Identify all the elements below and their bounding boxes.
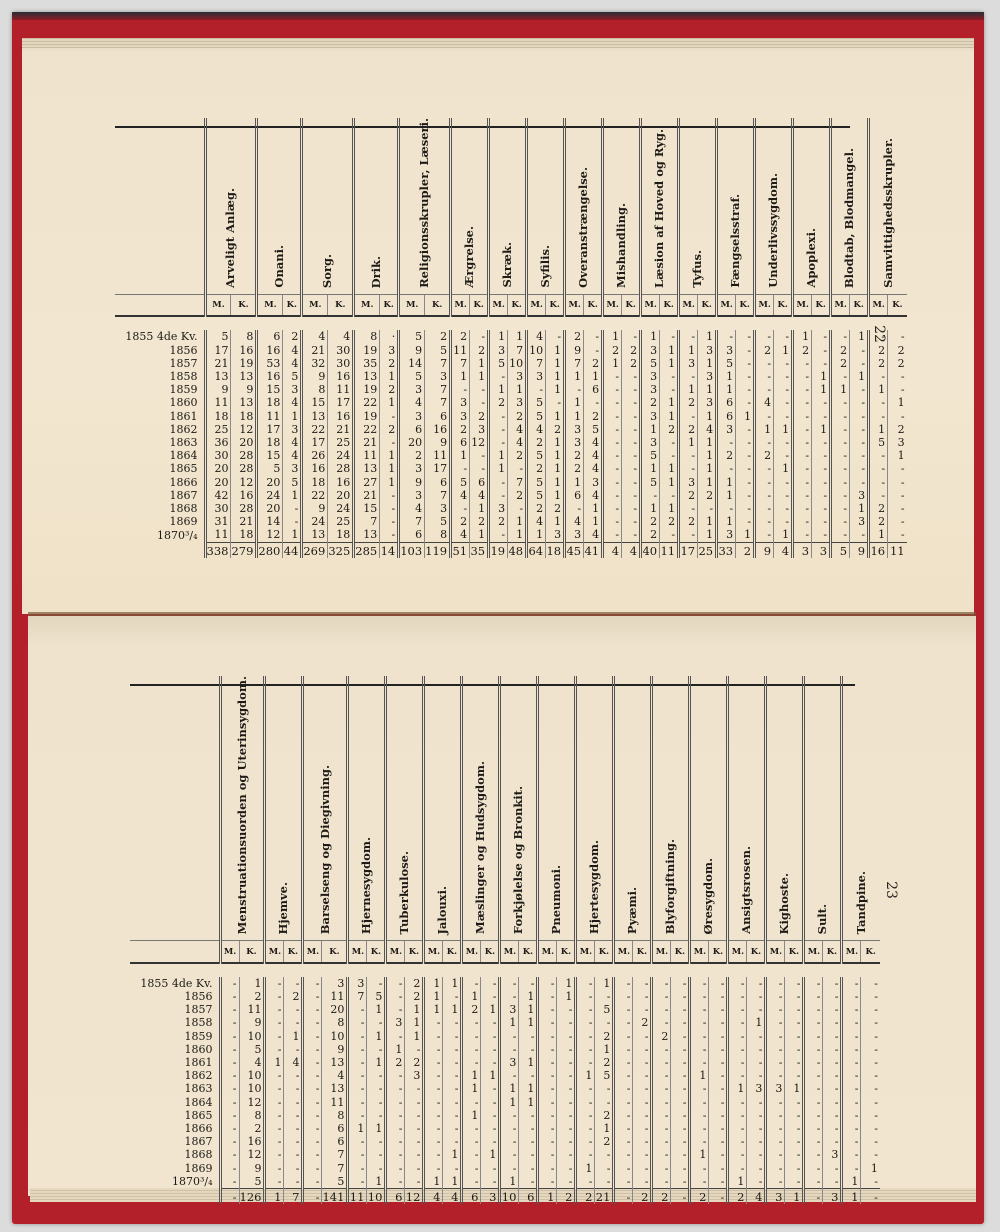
cell-value: - bbox=[831, 330, 850, 343]
cell-value: - bbox=[622, 502, 641, 515]
column-header-label: Skræk. bbox=[501, 242, 514, 288]
cell-value: - bbox=[842, 1069, 861, 1082]
cell-value: 3 bbox=[348, 977, 367, 990]
cell-value: - bbox=[736, 423, 755, 436]
cell-value: 7 bbox=[348, 990, 367, 1003]
cell-value: 3 bbox=[500, 1056, 519, 1069]
cell-value: 1 bbox=[595, 1122, 614, 1135]
total-value: 2 bbox=[690, 1189, 709, 1205]
cell-value: 3 bbox=[747, 1082, 766, 1095]
cell-value: - bbox=[614, 1135, 633, 1148]
cell-value: 9 bbox=[565, 344, 584, 357]
cell-value: 1 bbox=[793, 330, 812, 343]
cell-value: 4 bbox=[239, 1056, 265, 1069]
cell-value: 9 bbox=[399, 476, 425, 489]
cell-value: 2 bbox=[380, 383, 399, 396]
cell-value: - bbox=[500, 1148, 519, 1161]
column-header-label: Tyfus. bbox=[691, 250, 704, 288]
cell-value: 2 bbox=[831, 344, 850, 357]
table-row: 1866-2---611-----------1-------------- bbox=[130, 1122, 880, 1135]
cell-value: - bbox=[386, 1135, 405, 1148]
cell-value: - bbox=[766, 1162, 785, 1175]
cell-value: - bbox=[220, 1109, 239, 1122]
cell-value: - bbox=[595, 1162, 614, 1175]
cell-value: - bbox=[303, 1056, 322, 1069]
cell-value: - bbox=[284, 1175, 303, 1189]
cell-value: - bbox=[481, 1122, 500, 1135]
female-subheader: K. bbox=[888, 294, 907, 316]
cell-value: 20 bbox=[322, 1003, 348, 1016]
cell-value: - bbox=[519, 1122, 538, 1135]
male-subheader: M. bbox=[679, 294, 698, 316]
cell-value: - bbox=[405, 1043, 424, 1056]
cell-value: - bbox=[690, 1030, 709, 1043]
cell-value: - bbox=[557, 1122, 576, 1135]
cell-value: 4 bbox=[584, 528, 603, 542]
table-row: 18622512173222122261623-44235--12243-11-… bbox=[115, 423, 907, 436]
cell-value: 11 bbox=[239, 1003, 265, 1016]
row-year: 1858 bbox=[115, 370, 205, 383]
cell-value: 12 bbox=[257, 528, 283, 542]
cell-value: 1 bbox=[774, 462, 793, 475]
cell-value: 4 bbox=[399, 502, 425, 515]
cell-value: - bbox=[348, 1016, 367, 1029]
cell-value: - bbox=[538, 1082, 557, 1095]
cell-value: - bbox=[774, 515, 793, 528]
cell-value: - bbox=[717, 330, 736, 343]
cell-value: - bbox=[462, 1175, 481, 1189]
cell-value: 4 bbox=[584, 462, 603, 475]
cell-value: - bbox=[728, 1016, 747, 1029]
cell-value: 3 bbox=[717, 423, 736, 436]
cell-value: 3 bbox=[823, 1148, 842, 1161]
cell-value: - bbox=[538, 1096, 557, 1109]
cell-value: - bbox=[380, 489, 399, 502]
male-subheader: M. bbox=[728, 941, 747, 963]
cell-value: - bbox=[519, 977, 538, 990]
total-value: 16 bbox=[869, 542, 888, 558]
cell-value: - bbox=[614, 1175, 633, 1189]
female-subheader: K. bbox=[443, 941, 462, 963]
cell-value: - bbox=[557, 1056, 576, 1069]
cell-value: 1 bbox=[405, 1030, 424, 1043]
female-subheader: K. bbox=[698, 294, 717, 316]
cell-value: - bbox=[386, 977, 405, 990]
cell-value: 30 bbox=[205, 449, 231, 462]
statistics-table-bottom: Menstruationsuorden og Uterinsygdom.Hjem… bbox=[130, 676, 880, 1204]
cell-value: 30 bbox=[328, 357, 354, 370]
row-year: 1860 bbox=[130, 1043, 220, 1056]
cell-value: - bbox=[405, 1175, 424, 1189]
cell-value: 1 bbox=[812, 383, 831, 396]
cell-value: 1 bbox=[869, 383, 888, 396]
cell-value: - bbox=[500, 1030, 519, 1043]
cell-value: - bbox=[538, 1109, 557, 1122]
total-value: 7 bbox=[284, 1189, 303, 1205]
cell-value: - bbox=[671, 1003, 690, 1016]
cell-value: - bbox=[736, 462, 755, 475]
cell-value: 4 bbox=[527, 423, 546, 436]
cell-value: - bbox=[679, 370, 698, 383]
cell-value: 1 bbox=[470, 502, 489, 515]
cell-value: - bbox=[481, 1109, 500, 1122]
total-value: 338 bbox=[205, 542, 231, 558]
cell-value: - bbox=[888, 410, 907, 423]
cell-value: 3 bbox=[641, 370, 660, 383]
cell-value: 7 bbox=[565, 357, 584, 370]
column-header: Sorg. bbox=[302, 118, 354, 294]
cell-value: 10 bbox=[239, 1082, 265, 1095]
cell-value: - bbox=[284, 1043, 303, 1056]
cell-value: 15 bbox=[302, 396, 328, 409]
cell-value: - bbox=[812, 502, 831, 515]
cell-value: - bbox=[614, 1148, 633, 1161]
cell-value: - bbox=[766, 1122, 785, 1135]
cell-value: 1 bbox=[698, 449, 717, 462]
cell-value: - bbox=[728, 990, 747, 1003]
female-subheader: K. bbox=[785, 941, 804, 963]
cell-value: 2 bbox=[869, 344, 888, 357]
cell-value: - bbox=[462, 1135, 481, 1148]
row-year: 1856 bbox=[115, 344, 205, 357]
cell-value: - bbox=[690, 1043, 709, 1056]
cell-value: - bbox=[812, 330, 831, 343]
cell-value: - bbox=[804, 1096, 823, 1109]
cell-value: - bbox=[538, 1162, 557, 1175]
cell-value: 10 bbox=[239, 1030, 265, 1043]
cell-value: 13 bbox=[205, 370, 231, 383]
cell-value: - bbox=[303, 1069, 322, 1082]
cell-value: - bbox=[633, 1109, 652, 1122]
cell-value: 16 bbox=[328, 410, 354, 423]
cell-value: - bbox=[679, 410, 698, 423]
cell-value: - bbox=[747, 1148, 766, 1161]
cell-value: - bbox=[633, 1175, 652, 1189]
cell-value: - bbox=[823, 1043, 842, 1056]
male-subheader: M. bbox=[489, 294, 508, 316]
cell-value: - bbox=[576, 1016, 595, 1029]
cell-value: - bbox=[766, 1109, 785, 1122]
cell-value: 1 bbox=[405, 1016, 424, 1029]
cell-value: - bbox=[831, 489, 850, 502]
cell-value: - bbox=[690, 1016, 709, 1029]
cell-value: 9 bbox=[399, 344, 425, 357]
cell-value: - bbox=[576, 1148, 595, 1161]
cell-value: - bbox=[728, 1135, 747, 1148]
year-header bbox=[130, 676, 220, 941]
cell-value: 2 bbox=[546, 423, 565, 436]
cell-value: - bbox=[303, 977, 322, 990]
cell-value: 21 bbox=[231, 515, 257, 528]
cell-value: 1 bbox=[774, 344, 793, 357]
cell-value: - bbox=[690, 1109, 709, 1122]
cell-value: 2 bbox=[755, 449, 774, 462]
cell-value: - bbox=[709, 1043, 728, 1056]
ledger-table: Menstruationsuorden og Uterinsygdom.Hjem… bbox=[130, 676, 880, 1204]
cell-value: - bbox=[736, 489, 755, 502]
cell-value: 5 bbox=[425, 344, 451, 357]
cell-value: 7 bbox=[425, 383, 451, 396]
cell-value: - bbox=[793, 502, 812, 515]
cell-value: - bbox=[823, 977, 842, 990]
cell-value: - bbox=[220, 1148, 239, 1161]
cell-value: 21 bbox=[354, 436, 380, 449]
cell-value: 28 bbox=[231, 462, 257, 475]
cell-value: 10 bbox=[508, 357, 527, 370]
total-value: 11 bbox=[660, 542, 679, 558]
cell-value: - bbox=[709, 1016, 728, 1029]
cell-value: 3 bbox=[283, 423, 302, 436]
female-subheader: K. bbox=[367, 941, 386, 963]
cell-value: - bbox=[220, 1122, 239, 1135]
total-value: 3 bbox=[481, 1189, 500, 1205]
total-value: 11 bbox=[888, 542, 907, 558]
cell-value: 5 bbox=[869, 436, 888, 449]
cell-value: 30 bbox=[328, 344, 354, 357]
cell-value: 1 bbox=[546, 476, 565, 489]
cell-value: - bbox=[766, 1175, 785, 1189]
cell-value: - bbox=[679, 462, 698, 475]
cell-value: - bbox=[842, 1082, 861, 1095]
cell-value: - bbox=[804, 1109, 823, 1122]
cell-value: 3 bbox=[679, 357, 698, 370]
cell-value: 9 bbox=[425, 436, 451, 449]
cell-value: 1 bbox=[690, 1069, 709, 1082]
cell-value: 1 bbox=[367, 1056, 386, 1069]
table-row: 1863-10---13------1-11----------1331---- bbox=[130, 1082, 880, 1095]
cell-value: 3 bbox=[527, 370, 546, 383]
cell-value: - bbox=[614, 1096, 633, 1109]
cell-value: - bbox=[861, 1016, 880, 1029]
row-year: 1867 bbox=[130, 1135, 220, 1148]
table-row: 1856-2-2-1175-21-1--1-1---------------- bbox=[130, 990, 880, 1003]
cell-value: - bbox=[652, 1109, 671, 1122]
male-subheader: M. bbox=[652, 941, 671, 963]
cell-value: - bbox=[424, 1069, 443, 1082]
cell-value: - bbox=[831, 370, 850, 383]
cell-value: - bbox=[595, 1175, 614, 1189]
cell-value: 1 bbox=[424, 1175, 443, 1189]
cell-value: 1 bbox=[698, 383, 717, 396]
cell-value: - bbox=[622, 462, 641, 475]
cell-value: 16 bbox=[257, 370, 283, 383]
cell-value: 27 bbox=[354, 476, 380, 489]
cell-value: 3 bbox=[283, 383, 302, 396]
cell-value: - bbox=[842, 1016, 861, 1029]
cell-value: - bbox=[804, 1148, 823, 1161]
cell-value: - bbox=[565, 383, 584, 396]
cell-value: 4 bbox=[284, 1056, 303, 1069]
cell-value: 20 bbox=[231, 436, 257, 449]
cell-value: - bbox=[481, 1043, 500, 1056]
cell-value: - bbox=[633, 1162, 652, 1175]
cell-value: 5 bbox=[399, 330, 425, 343]
cell-value: 2 bbox=[595, 1135, 614, 1148]
cell-value: 1 bbox=[380, 396, 399, 409]
cell-value: - bbox=[747, 1135, 766, 1148]
column-header: Hjertesygdom. bbox=[576, 676, 614, 941]
cell-value: - bbox=[804, 1043, 823, 1056]
total-value: - bbox=[671, 1189, 690, 1205]
cell-value: - bbox=[633, 1148, 652, 1161]
total-value: 285 bbox=[354, 542, 380, 558]
cell-value: 2 bbox=[405, 977, 424, 990]
cell-value: - bbox=[367, 1069, 386, 1082]
row-year: 1855 4de Kv. bbox=[115, 330, 205, 343]
cell-value: - bbox=[386, 1069, 405, 1082]
cell-value: 1 bbox=[557, 990, 576, 1003]
cell-value: - bbox=[850, 528, 869, 542]
cell-value: 1 bbox=[603, 357, 622, 370]
cell-value: 4 bbox=[283, 357, 302, 370]
male-subheader: M. bbox=[354, 294, 380, 316]
cell-value: 1 bbox=[443, 1003, 462, 1016]
cell-value: - bbox=[265, 1069, 284, 1082]
column-header: Arveligt Anlæg. bbox=[205, 118, 257, 294]
cell-value: - bbox=[652, 990, 671, 1003]
cell-value: 9 bbox=[239, 1162, 265, 1175]
cell-value: 5 bbox=[527, 489, 546, 502]
cell-value: 1 bbox=[367, 1175, 386, 1189]
column-header: Underlivssygdom. bbox=[755, 118, 793, 294]
cell-value: 7 bbox=[425, 396, 451, 409]
column-header-label: Religionsskrupler, Læseri. bbox=[418, 118, 431, 288]
cell-value: - bbox=[557, 1030, 576, 1043]
cell-value: 1 bbox=[500, 1082, 519, 1095]
column-header: Fængselsstraf. bbox=[717, 118, 755, 294]
cell-value: 1 bbox=[508, 528, 527, 542]
total-value: 4 bbox=[603, 542, 622, 558]
cell-value: - bbox=[633, 1082, 652, 1095]
column-header: Religionsskrupler, Læseri. bbox=[399, 118, 451, 294]
cell-value: 8 bbox=[425, 528, 451, 542]
cell-value: 5 bbox=[595, 1003, 614, 1016]
cell-value: - bbox=[489, 423, 508, 436]
cell-value: - bbox=[557, 1096, 576, 1109]
male-subheader: M. bbox=[766, 941, 785, 963]
row-year: 1859 bbox=[115, 383, 205, 396]
cell-value: - bbox=[303, 1148, 322, 1161]
column-header: Barselseng og Diegivning. bbox=[303, 676, 348, 941]
cell-value: - bbox=[451, 383, 470, 396]
cell-value: 4 bbox=[283, 436, 302, 449]
cell-value: 2 bbox=[527, 462, 546, 475]
cell-value: 11 bbox=[322, 1096, 348, 1109]
cell-value: - bbox=[690, 1175, 709, 1189]
cell-value: - bbox=[576, 1030, 595, 1043]
cell-value: 1 bbox=[519, 1096, 538, 1109]
cell-value: 2 bbox=[641, 528, 660, 542]
cell-value: - bbox=[804, 990, 823, 1003]
cell-value: - bbox=[774, 396, 793, 409]
cell-value: - bbox=[489, 528, 508, 542]
cell-value: 6 bbox=[257, 330, 283, 343]
cell-value: - bbox=[303, 1122, 322, 1135]
column-header-label: Forkjølelse og Bronkit. bbox=[512, 786, 525, 934]
cell-value: - bbox=[755, 330, 774, 343]
cell-value: - bbox=[660, 449, 679, 462]
cell-value: - bbox=[462, 1030, 481, 1043]
cell-value: 1 bbox=[717, 489, 736, 502]
column-header: Tuberkulose. bbox=[386, 676, 424, 941]
cell-value: - bbox=[842, 1135, 861, 1148]
cell-value: - bbox=[603, 449, 622, 462]
total-value: - bbox=[614, 1189, 633, 1205]
cell-value: - bbox=[538, 1148, 557, 1161]
cell-value: - bbox=[614, 1109, 633, 1122]
table-row: 186011131841517221473-235-1---21236-4---… bbox=[115, 396, 907, 409]
cell-value: - bbox=[603, 502, 622, 515]
column-header-label: Ærgrelse. bbox=[463, 226, 476, 288]
cell-value: - bbox=[633, 1056, 652, 1069]
cell-value: 13 bbox=[354, 370, 380, 383]
female-subheader: K. bbox=[508, 294, 527, 316]
cell-value: - bbox=[755, 476, 774, 489]
cell-value: - bbox=[850, 383, 869, 396]
cell-value: - bbox=[386, 1175, 405, 1189]
cell-value: - bbox=[850, 357, 869, 370]
total-value: 325 bbox=[328, 542, 354, 558]
cell-value: - bbox=[823, 1175, 842, 1189]
cell-value: - bbox=[793, 383, 812, 396]
cell-value: 2 bbox=[405, 990, 424, 1003]
cell-value: - bbox=[842, 990, 861, 1003]
female-subheader: K. bbox=[239, 941, 265, 963]
male-subheader: M. bbox=[399, 294, 425, 316]
cell-value: - bbox=[728, 1162, 747, 1175]
table-row: 1855 4de Kv.5862448·522-114-2-1-1--1----… bbox=[115, 330, 907, 343]
total-value: 35 bbox=[470, 542, 489, 558]
total-value: 19 bbox=[489, 542, 508, 558]
cell-value: 3 bbox=[717, 528, 736, 542]
cell-value: - bbox=[842, 1162, 861, 1175]
cell-value: - bbox=[831, 396, 850, 409]
cell-value: - bbox=[728, 1069, 747, 1082]
cell-value: 1 bbox=[519, 1056, 538, 1069]
cell-value: - bbox=[747, 977, 766, 990]
cell-value: 19 bbox=[231, 357, 257, 370]
cell-value: 1 bbox=[462, 1082, 481, 1095]
cell-value: 11 bbox=[354, 449, 380, 462]
cell-value: - bbox=[481, 1016, 500, 1029]
cell-value: - bbox=[538, 1016, 557, 1029]
cell-value: - bbox=[424, 1043, 443, 1056]
cell-value: - bbox=[386, 1003, 405, 1016]
cell-value: 4 bbox=[584, 436, 603, 449]
cell-value: - bbox=[367, 1135, 386, 1148]
cell-value: - bbox=[565, 502, 584, 515]
cell-value: 1 bbox=[481, 1003, 500, 1016]
cell-value: 6 bbox=[399, 423, 425, 436]
total-value: 1 bbox=[265, 1189, 284, 1205]
table-row: 1858-9---8--31----11-----2-----1------ bbox=[130, 1016, 880, 1029]
cell-value: - bbox=[671, 1082, 690, 1095]
cell-value: - bbox=[622, 396, 641, 409]
cell-value: - bbox=[443, 1056, 462, 1069]
cell-value: 3 bbox=[565, 436, 584, 449]
cell-value: - bbox=[265, 1135, 284, 1148]
page-number-23: 23 bbox=[883, 881, 899, 899]
cell-value: - bbox=[793, 410, 812, 423]
cell-value: - bbox=[220, 1069, 239, 1082]
cell-value: 1 bbox=[481, 1069, 500, 1082]
cell-value: 18 bbox=[257, 436, 283, 449]
cell-value: - bbox=[766, 1016, 785, 1029]
table-row: 1869312114-24257-7522214141--22211------… bbox=[115, 515, 907, 528]
cell-value: - bbox=[284, 1069, 303, 1082]
cell-value: 3 bbox=[399, 489, 425, 502]
cell-value: - bbox=[451, 462, 470, 475]
